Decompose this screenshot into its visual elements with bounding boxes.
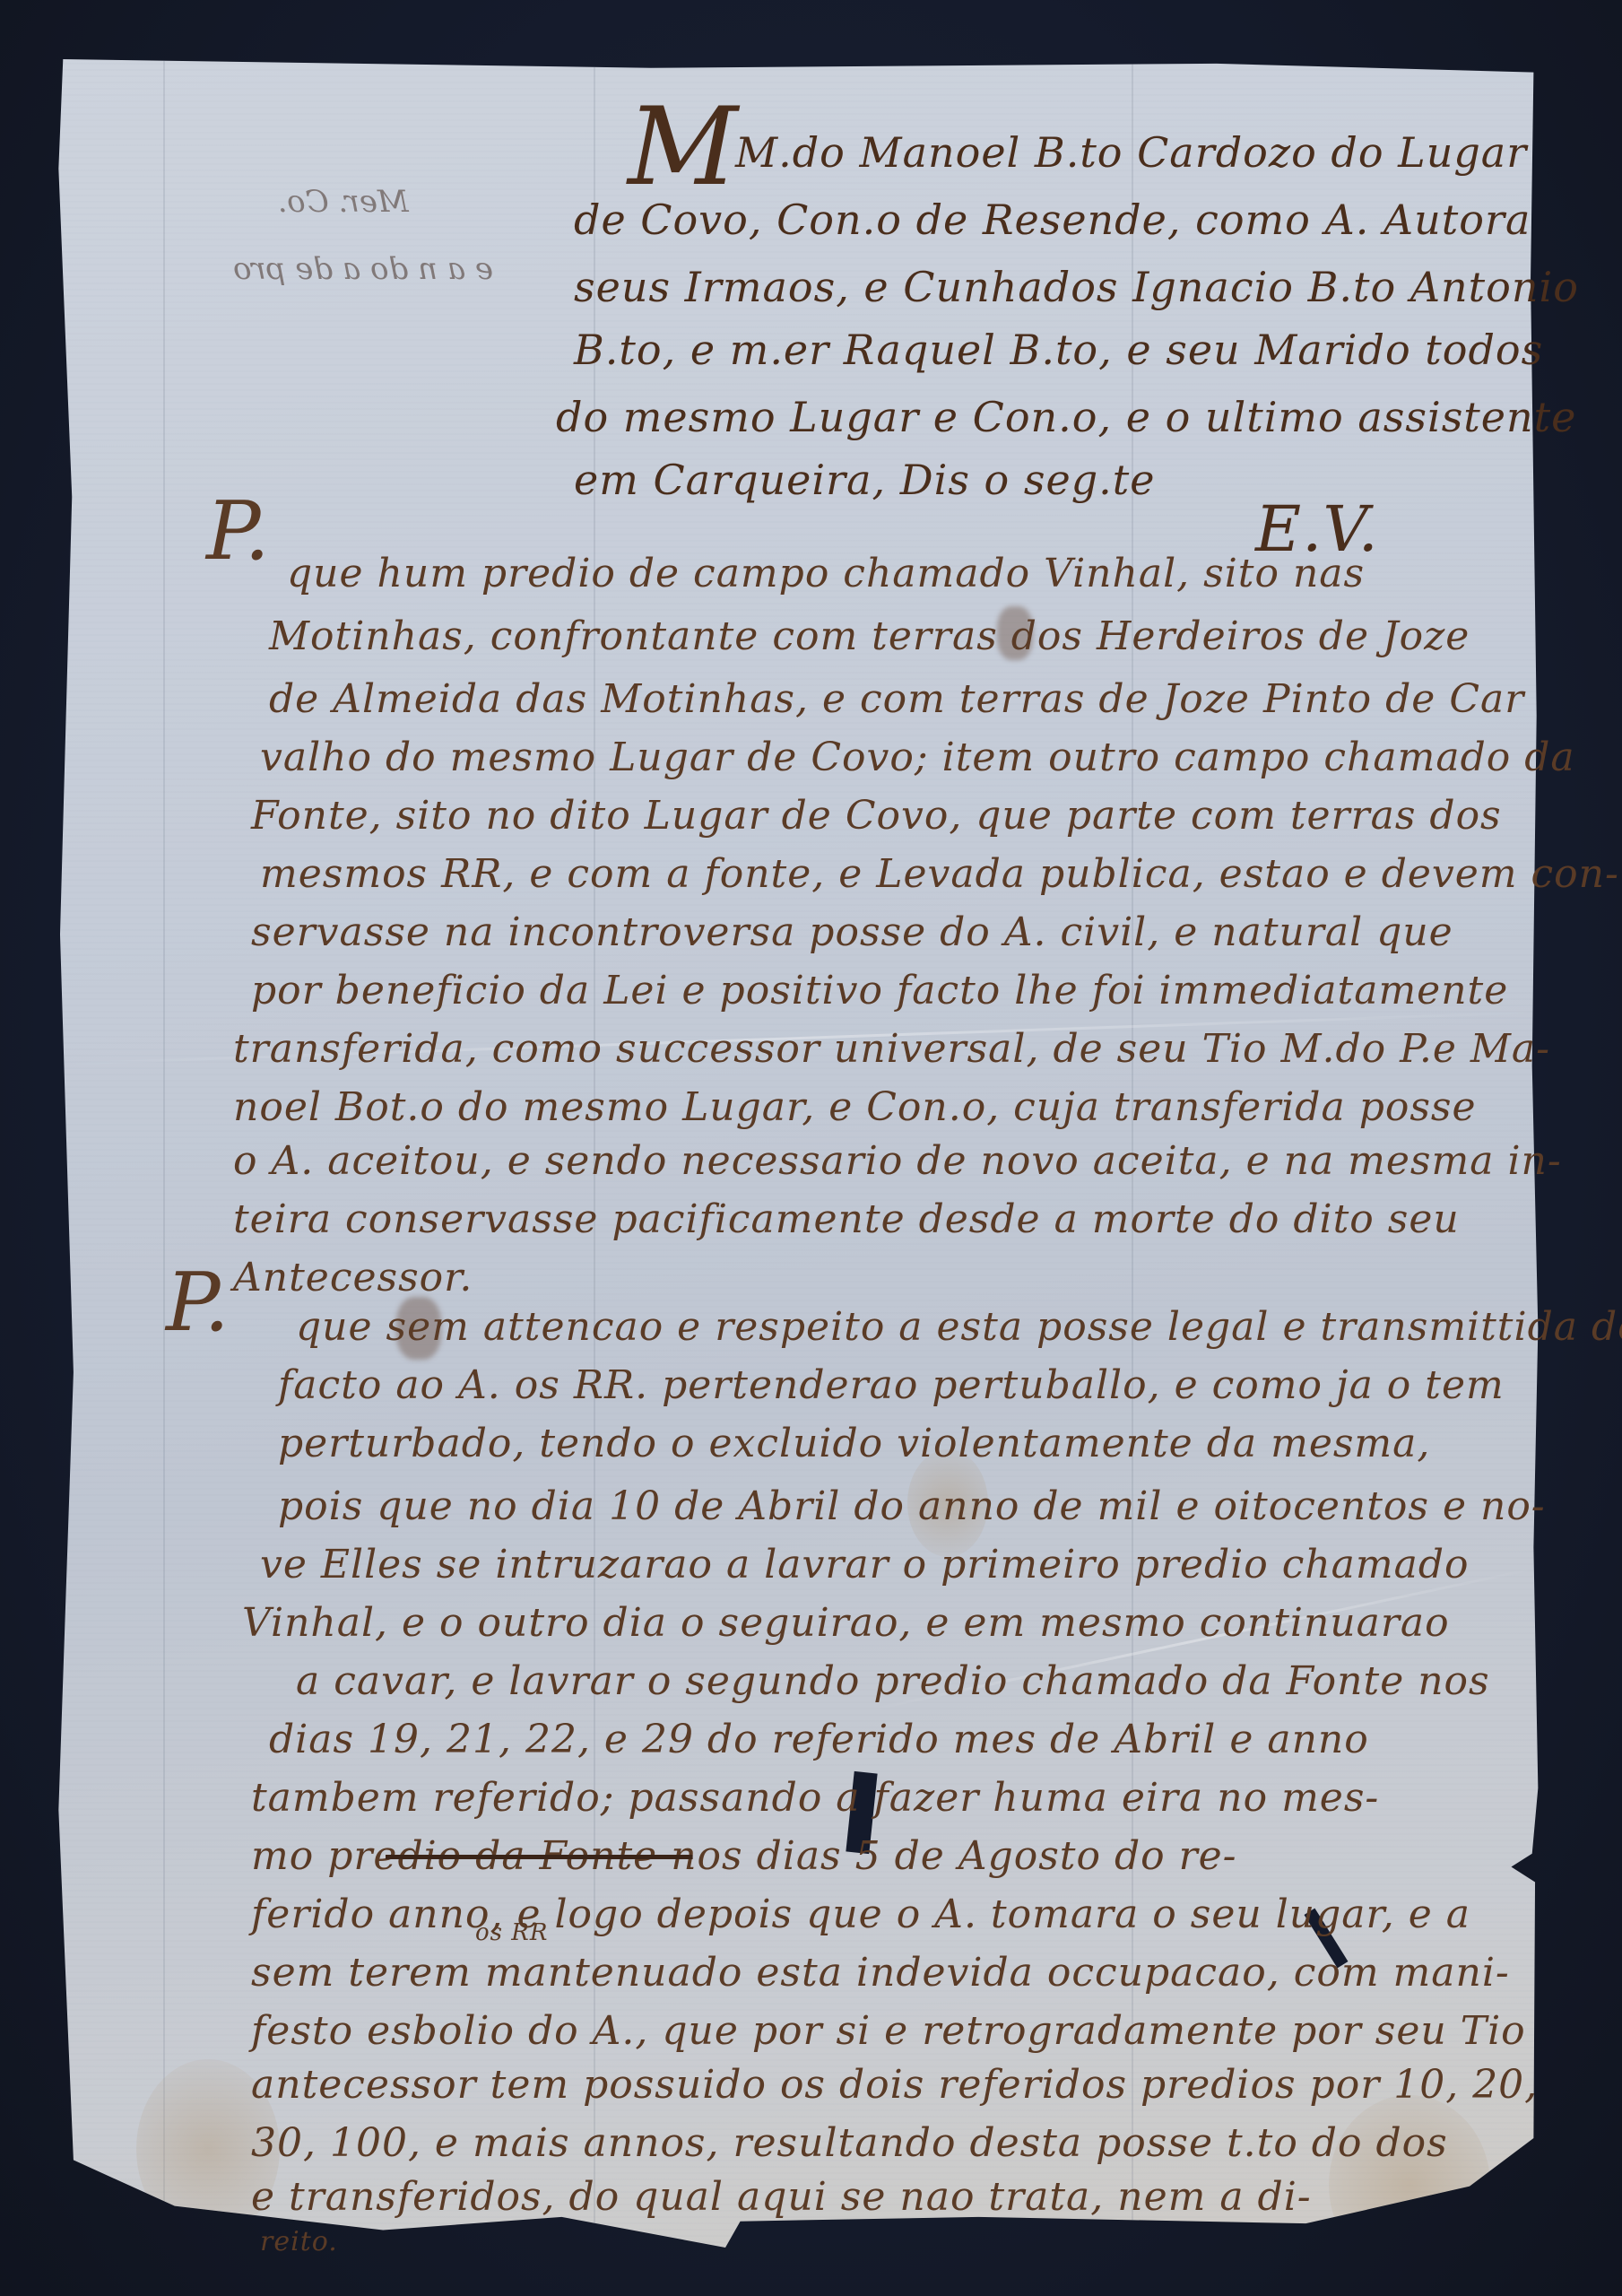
heading-line: de Covo, Con.o de Resende, como A. Autor… — [574, 193, 1531, 247]
manuscript-line: transferida, como successor universal, d… — [233, 1022, 1550, 1076]
heading-line: B.to, e m.er Raquel B.to, e seu Marido t… — [574, 323, 1543, 377]
bleed-through-text: Mer. Co. — [278, 184, 409, 220]
manuscript-line: Antecessor. — [233, 1251, 473, 1305]
manuscript-line: pois que no dia 10 de Abril do anno de m… — [278, 1480, 1546, 1534]
manuscript-line: noel Bot.o do mesmo Lugar, e Con.o, cuja… — [233, 1081, 1477, 1135]
struck-text: da Fonte nos d — [386, 1830, 693, 1883]
manuscript-line: e transferidos, do qual aqui se nao trat… — [251, 2170, 1312, 2224]
manuscript-line: por beneficio da Lei e positivo facto lh… — [251, 964, 1508, 1018]
manuscript-line: que hum predio de campo chamado Vinhal, … — [287, 547, 1365, 601]
manuscript-line: antecessor tem possuido os dois referido… — [251, 2058, 1538, 2112]
ornate-initial: M — [628, 85, 739, 210]
manuscript-line: perturbado, tendo o excluido violentamen… — [278, 1417, 1430, 1471]
manuscript-line: servasse na incontroversa posse do A. ci… — [251, 906, 1453, 960]
heading-line: em Carqueira, Dis o seg.te — [574, 453, 1155, 507]
paragraph-mark: P. — [206, 484, 270, 578]
manuscript-line: mesmos RR, e com a fonte, e Levada publi… — [260, 848, 1619, 901]
manuscript-line: tambem referido; passando a fazer huma e… — [251, 1771, 1379, 1825]
interlinear-insertion: os RR — [475, 1919, 548, 1946]
manuscript-line: dias 19, 21, 22, e 29 do referido mes de… — [269, 1713, 1369, 1767]
manuscript-line: de Almeida das Motinhas, e com terras de… — [269, 673, 1524, 726]
manuscript-line: ve Elles se intruzarao a lavrar o primei… — [260, 1538, 1470, 1592]
manuscript-line: a cavar, e lavrar o segundo predio chama… — [296, 1655, 1490, 1709]
manuscript-line: Vinhal, e o outro dia o seguirao, e em m… — [242, 1596, 1450, 1650]
manuscript-line: Fonte, sito no dito Lugar de Covo, que p… — [251, 789, 1502, 843]
manuscript-line: ferido anno, e logo depois que o A. toma… — [251, 1888, 1470, 1942]
manuscript-line: facto ao A. os RR. pertenderao pertuball… — [278, 1359, 1505, 1413]
manuscript-line: 30, 100, e mais annos, resultando desta … — [251, 2117, 1448, 2170]
fold-line — [163, 59, 165, 2248]
manuscript-line: reito. — [260, 2215, 338, 2269]
paragraph-mark: P. — [166, 1256, 230, 1350]
heading-line: seus Irmaos, e Cunhados Ignacio B.to Ant… — [574, 260, 1579, 314]
manuscript-line: Motinhas, confrontante com terras dos He… — [269, 610, 1470, 664]
manuscript-line: festo esbolio do A., que por si e retrog… — [251, 2005, 1526, 2058]
manuscript-line: valho do mesmo Lugar de Covo; item outro… — [260, 731, 1575, 785]
manuscript-line: teira conservasse pacificamente desde a … — [233, 1193, 1460, 1247]
manuscript-line: que sem attencao e respeito a esta posse… — [296, 1300, 1622, 1354]
manuscript-line: o A. aceitou, e sendo necessario de novo… — [233, 1135, 1562, 1188]
bleed-through-text: e a n do a de pro — [233, 251, 493, 287]
heading-line: do mesmo Lugar e Con.o, e o ultimo assis… — [556, 390, 1576, 444]
heading-line: M.do Manoel B.to Cardozo do Lugar — [735, 126, 1527, 179]
manuscript-line: sem terem mantenuado esta indevida occup… — [251, 1946, 1510, 2000]
